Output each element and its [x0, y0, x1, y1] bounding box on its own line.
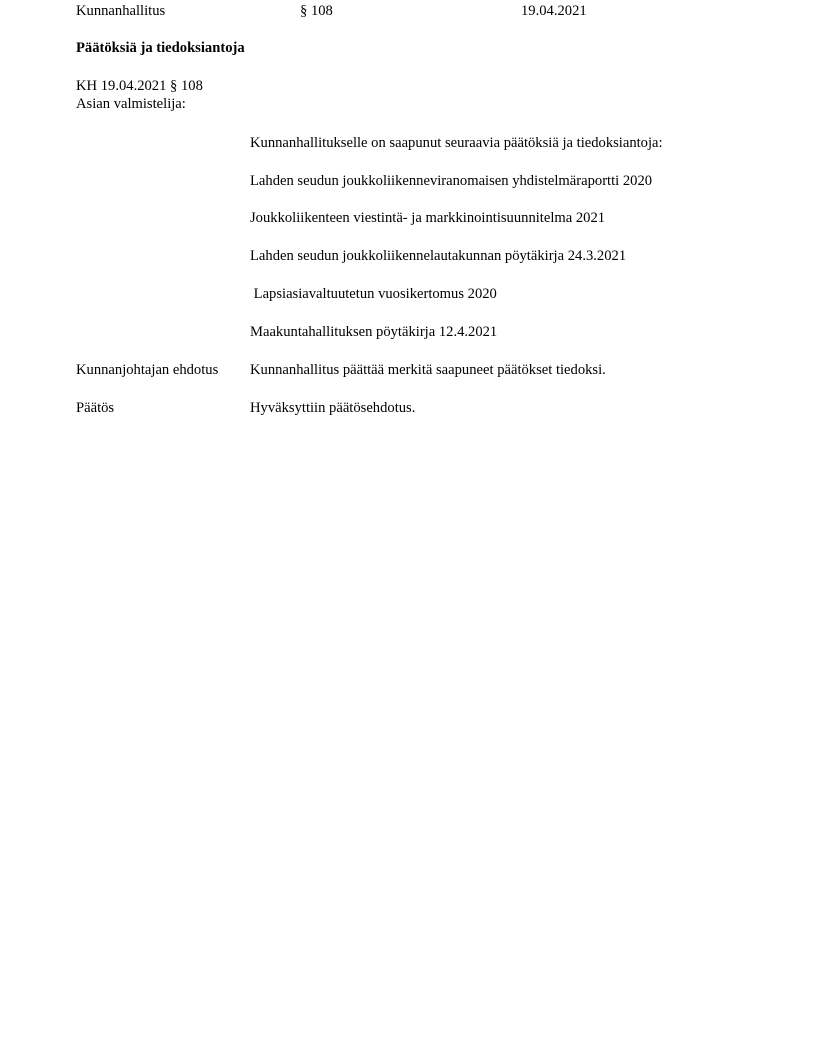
decision-label: Päätös — [76, 399, 114, 417]
decision-text: Hyväksyttiin päätösehdotus. — [250, 399, 415, 417]
preparer-label: Asian valmistelija: — [76, 95, 186, 113]
list-item: Lahden seudun joukkoliikennelautakunnan … — [250, 247, 626, 265]
list-item: Joukkoliikenteen viestintä- ja markkinoi… — [250, 209, 605, 227]
proposal-text: Kunnanhallitus päättää merkitä saapuneet… — [250, 361, 606, 379]
header-date: 19.04.2021 — [521, 2, 587, 20]
list-item: Maakuntahallituksen pöytäkirja 12.4.2021 — [250, 323, 497, 341]
proposal-label: Kunnanjohtajan ehdotus — [76, 361, 218, 379]
header-section: § 108 — [300, 2, 333, 20]
intro-text: Kunnanhallitukselle on saapunut seuraavi… — [250, 134, 663, 152]
header-organ: Kunnanhallitus — [76, 2, 165, 20]
reference-line: KH 19.04.2021 § 108 — [76, 77, 203, 95]
list-item: Lapsiasiavaltuutetun vuosikertomus 2020 — [250, 285, 497, 303]
list-item: Lahden seudun joukkoliikenneviranomaisen… — [250, 172, 652, 190]
page-title: Päätöksiä ja tiedoksiantoja — [76, 39, 245, 57]
